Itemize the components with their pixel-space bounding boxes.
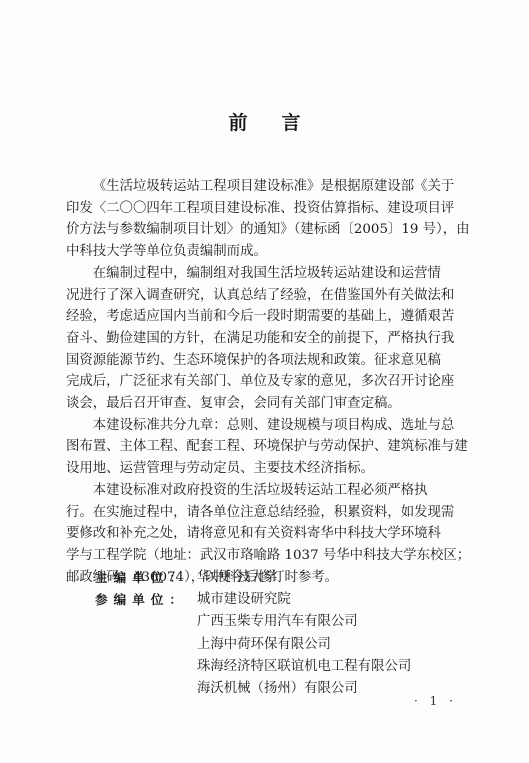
credits-section: 主编单位： 华中科技大学 参编单位： 城市建设研究院 广西玉柴专用汽车有限公司 … — [95, 567, 411, 700]
chief-editor-label: 主编单位： — [95, 567, 197, 589]
organization-name: 广西玉柴专用汽车有限公司 — [197, 611, 411, 633]
organization-name: 海沃机械（扬州）有限公司 — [197, 678, 411, 700]
text-line: 奋斗、勤俭建国的方针，在满足功能和安全的前提下，严格执行我 — [66, 328, 470, 350]
organization-name: 城市建设研究院 — [197, 589, 411, 611]
organization-name: 上海中荷环保有限公司 — [197, 634, 411, 656]
text-line: 《生活垃圾转运站工程项目建设标准》是根据原建设部《关于 — [66, 176, 470, 198]
text-line: 谈会，最后召开审查、复审会，会同有关部门审查定稿。 — [66, 393, 470, 415]
text-line: 况进行了深入调查研究，认真总结了经验，在借鉴国外有关做法和 — [66, 285, 470, 307]
text-line: 学与工程学院（地址：武汉市珞喻路 1037 号华中科技大学东校区； — [66, 545, 470, 567]
text-line: 中科技大学等单位负责编制而成。 — [66, 241, 470, 263]
participants-label: 参编单位： — [95, 589, 197, 700]
page-number: · 1 · — [414, 694, 457, 708]
preface-body: 《生活垃圾转运站工程项目建设标准》是根据原建设部《关于 印发〈二〇〇四年工程项目… — [66, 176, 470, 588]
paragraph-1: 《生活垃圾转运站工程项目建设标准》是根据原建设部《关于 印发〈二〇〇四年工程项目… — [66, 176, 470, 263]
participants-values: 城市建设研究院 广西玉柴专用汽车有限公司 上海中荷环保有限公司 珠海经济特区联谊… — [197, 589, 411, 700]
paragraph-3: 本建设标准共分九章：总则、建设规模与项目构成、选址与总 图布置、主体工程、配套工… — [66, 415, 470, 480]
text-line: 国资源能源节约、生态环境保护的各项法规和政策。征求意见稿 — [66, 350, 470, 372]
text-line: 印发〈二〇〇四年工程项目建设标准、投资估算指标、建设项目评 — [66, 198, 470, 220]
text-line: 要修改和补充之处，请将意见和有关资料寄华中科技大学环境科 — [66, 523, 470, 545]
participants-row: 参编单位： 城市建设研究院 广西玉柴专用汽车有限公司 上海中荷环保有限公司 珠海… — [95, 589, 411, 700]
text-line: 行。在实施过程中，请各单位注意总结经验，积累资料，如发现需 — [66, 502, 470, 524]
document-page: 前言 《生活垃圾转运站工程项目建设标准》是根据原建设部《关于 印发〈二〇〇四年工… — [0, 0, 529, 763]
organization-name: 华中科技大学 — [197, 567, 277, 589]
text-line: 在编制过程中，编制组对我国生活垃圾转运站建设和运营情 — [66, 263, 470, 285]
chief-editor-values: 华中科技大学 — [197, 567, 277, 589]
text-line: 价方法与参数编制项目计划〉的通知》（建标函〔2005〕19 号），由华 — [66, 219, 470, 241]
paragraph-2: 在编制过程中，编制组对我国生活垃圾转运站建设和运营情 况进行了深入调查研究，认真… — [66, 263, 470, 415]
organization-name: 珠海经济特区联谊机电工程有限公司 — [197, 656, 411, 678]
text-line: 图布置、主体工程、配套工程、环境保护与劳动保护、建筑标准与建 — [66, 436, 470, 458]
text-line: 设用地、运营管理与劳动定员、主要技术经济指标。 — [66, 458, 470, 480]
text-line: 经验，考虑适应国内当前和今后一段时期需要的基础上，遵循艰苦 — [66, 306, 470, 328]
text-line: 完成后，广泛征求有关部门、单位及专家的意见，多次召开讨论座 — [66, 371, 470, 393]
text-line: 本建设标准对政府投资的生活垃圾转运站工程必须严格执 — [66, 480, 470, 502]
page-title: 前言 — [0, 108, 529, 135]
chief-editor-row: 主编单位： 华中科技大学 — [95, 567, 411, 589]
text-line: 本建设标准共分九章：总则、建设规模与项目构成、选址与总 — [66, 415, 470, 437]
